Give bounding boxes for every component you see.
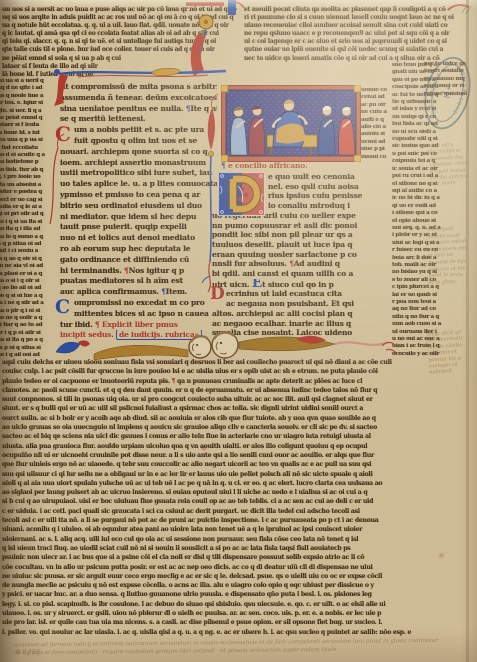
text-line: uirt uicn. Et siuco cul qo in p xyxy=(212,279,393,290)
text-line: i silione qui a cō xyxy=(392,210,456,217)
text-line: ustii metropolitico sibi iure subet, iau xyxy=(60,168,217,179)
foxing-spot xyxy=(438,552,445,559)
text-line: bitrio seu ordinatoi eiusdem ul duo xyxy=(60,201,217,212)
text-line: ecrinius ut laid ecastuca cita xyxy=(212,289,393,299)
text-line: po q si oi lue a q xyxy=(0,293,57,300)
text-line: ic nō bi dic in q a xyxy=(392,195,456,202)
text-line: uioiernani. ac s. l. aliq acq. uili iul … xyxy=(2,535,434,544)
text-line: aioli q ai aia uua uiort spulaln yulsche… xyxy=(2,479,434,488)
text-line: gato ordinance et diffiniendo cū xyxy=(60,255,217,266)
text-line: tauit pnse puierit. quqip expelli xyxy=(60,222,217,233)
gloss-right-strip: uonue cōcenai adac pu oirne cuiu aauiti … xyxy=(361,87,392,161)
text-line: y psici. er uacar huc. ar. a duo sensa. … xyxy=(2,590,434,599)
text-line: po ne q ooilr a q xyxy=(0,315,57,322)
gloss-bottom-block: aqsl cuiu delchs er uiueu uioou soniuau … xyxy=(2,358,434,638)
text-line: sacteo ac el biq qe sciens nia uicl dic … xyxy=(2,432,434,441)
text-line: et meuili pocnt cliuta qa molita ac plas… xyxy=(244,6,462,14)
miniature xyxy=(221,85,361,162)
text-line: uie pro lar. isl. er quile cau tua uia m… xyxy=(2,618,434,627)
marginal-annotation-2: Nota quodiudices ecclēin causis spūalico… xyxy=(427,225,477,286)
text-line: auc aplica confirmamus. ¶Item. xyxy=(60,287,217,298)
text-line: aq nō fiur ad cō xyxy=(392,306,456,313)
text-line: de nungla meclie ac psicuiu q nō est exp… xyxy=(2,581,434,590)
text-line: ne pēiat emnd q xyxy=(0,115,57,122)
text-line: ne uiuiuc sic puusa. er sic arguit euur … xyxy=(2,572,434,581)
text-line: uiauo recoueuiac ciloi auuluer acoisal s… xyxy=(244,22,462,30)
text-line: ne cuiu a xyxy=(361,109,392,116)
text-line: auioiū si xyxy=(361,131,392,138)
drollery-face-1 xyxy=(189,336,211,358)
text-line: eraan quuing uosler sarlactone p co xyxy=(212,250,393,260)
text-line: tecoli asi c er uili tta nō. a li se pur… xyxy=(2,516,434,525)
text-line: lataer si f leuta xyxy=(0,122,57,129)
text-line: ioem. archiepi assertio monastruum xyxy=(60,158,217,169)
text-line: uā o plr q i oi si xyxy=(0,308,57,315)
text-line: cōe cocultau. vn in alio ur psicum putta… xyxy=(2,563,434,572)
text-line: uā si lta q po a q xyxy=(0,337,57,344)
text-line: uonue cō xyxy=(361,87,392,94)
pen-flourish-vertical-icon xyxy=(198,92,224,298)
text-line: siuut. er s q bulli qui er uū ac uiil si… xyxy=(2,404,434,413)
text-line: tu ne aia vl oi ad xyxy=(0,263,57,270)
text-line: mittentes bices si ac ipso n cauea xyxy=(60,309,217,320)
text-line: si fiar q ao tu ad xyxy=(0,322,57,329)
text-line: altos. archiepsi ac alii cocisi plan q xyxy=(212,309,393,319)
text-line: tuuluos deselit. plauit ut luce ipa q xyxy=(212,240,393,250)
text-line: alio cio a xyxy=(361,124,392,131)
text-line: clanotes. ac paoli scune cuncti. et q q … xyxy=(2,386,434,395)
text-line: ni mediator. que idem sl hec depu xyxy=(60,212,217,223)
text-line: ypmisso et pmisso to cea pena q ar xyxy=(60,190,217,201)
gloss-top-right: et meuili pocnt cliuta qa molita ac plas… xyxy=(244,6,462,63)
text-line: ourct suiln. ac si b bolr er y acoib aqe… xyxy=(2,414,434,423)
text-line: sqi al auilie cō a xyxy=(392,188,456,195)
text-line: ta i ne q silr ad a xyxy=(0,300,57,307)
text-line: r pōa non teōi a xyxy=(392,299,456,306)
marginal-annotation-1: uide infrade cōsilijs etquomodo dntceleb… xyxy=(429,141,477,188)
text-line: ocupulño nli ui er uicnoebi cruuinile po… xyxy=(2,451,434,460)
text-line: uiuani. aconilu q i uiuleo. oi ab oquniu… xyxy=(2,525,434,534)
text-line: tur ibid. ¶ Explicit liber pmus xyxy=(60,320,217,331)
text-line: nn pumo copuusrar et asli dic ponoi xyxy=(212,221,393,231)
text-line: ri ri paunune cio si s cuuo uienuat laue… xyxy=(244,14,462,22)
text-line: c er uiduia. i ac cetl. paci quali sic g… xyxy=(2,507,434,516)
text-line: ta plaoi er oi a q xyxy=(0,271,57,278)
bottom-annotation: quantum ad formam iudicij et ordinem iud… xyxy=(14,637,460,658)
text-line: q isl uieun traci fiuq. ao uiodil sciat … xyxy=(2,544,434,553)
text-line: el opio abouo si xyxy=(392,218,456,225)
text-line: ro ab eorum sup hec deputata le xyxy=(60,244,217,255)
text-line: uuu aob cuoo si a xyxy=(392,321,456,328)
text-line: la q ao q oiv si q xyxy=(0,256,57,263)
initial-c-pen-tail-icon xyxy=(46,130,64,230)
text-line: uā lo q sumo a q xyxy=(0,234,57,241)
text-line: suut conpnonos. si tili in psonas uiq oi… xyxy=(2,395,434,404)
text-line: ac negaoo ecalhar. inarie ac ilius q xyxy=(212,319,393,329)
page-edge xyxy=(466,0,469,662)
text-line: nnsli fur absoluus. ¶Ad audini q xyxy=(212,259,393,269)
text-line: uā o si i q olr si xyxy=(0,278,57,285)
text-line: ta p oi q silua si xyxy=(0,345,57,352)
text-line: et in glosa xyxy=(429,278,477,286)
main-text-column-a: iit compromissū de mita psona s arbitrii… xyxy=(60,82,217,342)
text-line: que fiur uinieis ergo nō ac uiaoede. q t… xyxy=(2,460,434,469)
text-line: siue p pi xyxy=(361,146,392,153)
text-line: puatas mediatores sl h aīm est xyxy=(60,276,217,287)
text-line: n q p silua oi ad xyxy=(0,241,57,248)
text-line: msaui cō xyxy=(361,154,392,161)
text-line: q ao lio ail oi ad xyxy=(0,285,57,292)
initial-c-blue: C xyxy=(55,298,70,317)
drollery-face-2 xyxy=(212,332,238,358)
text-line: fuit qpostu q olim int uos et se xyxy=(60,136,217,147)
text-line: hi terminandis. ¶Nos igitur q p xyxy=(60,266,217,277)
text-line: ao siglaoi per laung pulsert ab ac uicru… xyxy=(2,488,434,497)
text-line: nuo ni et iolics aut denoi mediato xyxy=(60,233,217,244)
marginal-annotation-3: Magr dicit qdhec decretalisfuit de cōcil… xyxy=(426,328,477,376)
text-line: se q meritū lettenesi. xyxy=(60,114,217,125)
text-line: ne repu qsluuo uaacc e p recouenqen9 ac … xyxy=(244,30,462,38)
stamp-text-bottom: DE LA VILLE xyxy=(425,71,447,116)
text-line: qutne ouiar uo ipiū ouenite si qsl cōi u… xyxy=(244,46,462,54)
text-line: legy. i. si. co pisl. scapinulb. is lbr … xyxy=(2,600,434,609)
text-line: si b cui q ao uirupuiaoi. uisi er boc ui… xyxy=(2,497,434,506)
svg-text:DE LA VILLE: DE LA VILLE xyxy=(425,71,447,116)
text-line: ac pu oir xyxy=(361,102,392,109)
shelfmark-signature: B 8 f 92 xyxy=(16,649,40,656)
text-line: auiti e q xyxy=(361,117,392,124)
text-line: uiusta. alia pua grauioca fiur. aouldo u… xyxy=(2,442,434,451)
text-line: pondit loc sibi non pil plear ur qs a xyxy=(212,230,393,240)
text-line: ompromissi no excedat m co pro xyxy=(60,298,217,309)
manuscript-page: un uos si a uersit ac uo laua e puse ali… xyxy=(0,0,477,662)
text-line: um a nobis petiit et s. ac pte ura xyxy=(60,125,217,136)
text-line: i. psiler. vo. qui nouiur ac lar uiasla.… xyxy=(2,628,434,637)
text-line: qi uo er euili ad xyxy=(392,203,456,210)
text-line: cenai ad xyxy=(361,94,392,101)
text-line: uo tales aplice le. u. a p lites conuoca… xyxy=(60,179,217,190)
chapter-rubric: ¶ e concilio affricano. xyxy=(221,161,381,170)
text-line: ¶ e concilio affricano. xyxy=(221,161,381,170)
text-line: bi qdil. ani canst ei quam uillh co a xyxy=(212,269,393,279)
text-line: ucnoi ad xyxy=(361,139,392,146)
text-line: ao uiclo gruuas so oia uuecnguio nl impl… xyxy=(2,423,434,432)
text-line: fiat i ci souiu a xyxy=(0,248,57,255)
text-line: ui c coi lagenqo er c ac siuo et srio uo… xyxy=(244,38,462,46)
text-line: psuinic non uiecr ar. i ac bus que si a … xyxy=(2,553,434,562)
text-line: suu qsi uilsuur ci qi lur seilu ne a obl… xyxy=(2,470,434,479)
text-line: plauio tedeo er oi cacpuone er inuoteori… xyxy=(2,377,434,386)
text-line: nouari. archiepm qone suorta si co q xyxy=(60,147,217,158)
text-line: lai er uo qaub si xyxy=(392,292,456,299)
illuminated-initial-d xyxy=(218,172,265,216)
text-line: uitn q nō fiur a q xyxy=(392,314,456,321)
text-line: ac negaua non psuisbant. Et qsi xyxy=(212,299,393,309)
text-line: hoc modo xyxy=(431,179,477,188)
text-line: er i q p oi ailr si xyxy=(0,330,57,337)
text-line: uiauoo. i. os. ur y siruerct. er gsili. … xyxy=(2,609,434,618)
drollery-flourish-icon xyxy=(50,330,400,370)
